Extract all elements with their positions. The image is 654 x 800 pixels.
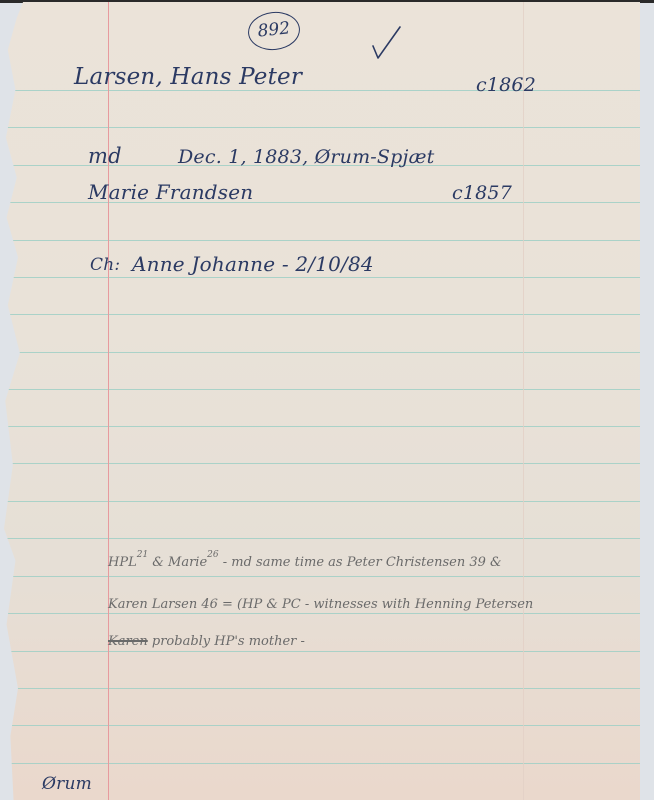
rule-line [4, 389, 640, 390]
pencil-note-line-1: HPL21 & Marie26 - md same time as Peter … [108, 555, 502, 570]
pencil-note-text: - md same time as Peter Christensen 39 & [219, 555, 502, 570]
married-label: md [88, 144, 122, 168]
place-note: Ørum [42, 774, 92, 794]
notebook-paper: 892 Larsen, Hans Peter c1862 md Dec. 1, … [4, 2, 640, 800]
rule-line [4, 426, 640, 427]
pencil-note-line-2: Karen Larsen 46 = (HP & PC - witnesses w… [108, 597, 533, 612]
rule-line [4, 463, 640, 464]
pencil-note-text: HPL [108, 555, 137, 570]
scanned-page: 892 Larsen, Hans Peter c1862 md Dec. 1, … [0, 0, 654, 800]
subject-name: Larsen, Hans Peter [74, 64, 302, 90]
rule-line [4, 240, 640, 241]
rule-line [4, 763, 640, 764]
rule-line [4, 127, 640, 128]
pencil-note-text: probably HP's mother - [148, 634, 305, 649]
spouse-birth-year: c1857 [452, 182, 512, 204]
subject-birth-year: c1862 [476, 74, 536, 96]
struck-text: Karen [108, 634, 148, 649]
checkmark-icon [370, 24, 410, 64]
pencil-note-text: & Marie [148, 555, 207, 570]
rule-line [4, 90, 640, 91]
left-margin-line [108, 2, 109, 800]
rule-line [4, 613, 640, 614]
rule-line [4, 277, 640, 278]
rule-line [4, 725, 640, 726]
record-number: 892 [247, 10, 300, 49]
rule-line [4, 314, 640, 315]
rule-line [4, 688, 640, 689]
children-label: Ch: [90, 255, 120, 275]
rule-line [4, 538, 640, 539]
age-superscript: 21 [137, 550, 148, 560]
right-margin-line [523, 2, 524, 800]
rule-line [4, 352, 640, 353]
age-superscript: 26 [207, 550, 218, 560]
rule-line [4, 651, 640, 652]
spouse-name: Marie Frandsen [88, 180, 253, 204]
rule-line [4, 576, 640, 577]
child-entry: Anne Johanne - 2/10/84 [132, 252, 374, 276]
pencil-note-line-3: Karen probably HP's mother - [108, 634, 305, 649]
rule-line [4, 501, 640, 502]
record-number-circle: 892 [246, 9, 302, 52]
marriage-details: Dec. 1, 1883, Ørum-Spjæt [178, 146, 435, 168]
